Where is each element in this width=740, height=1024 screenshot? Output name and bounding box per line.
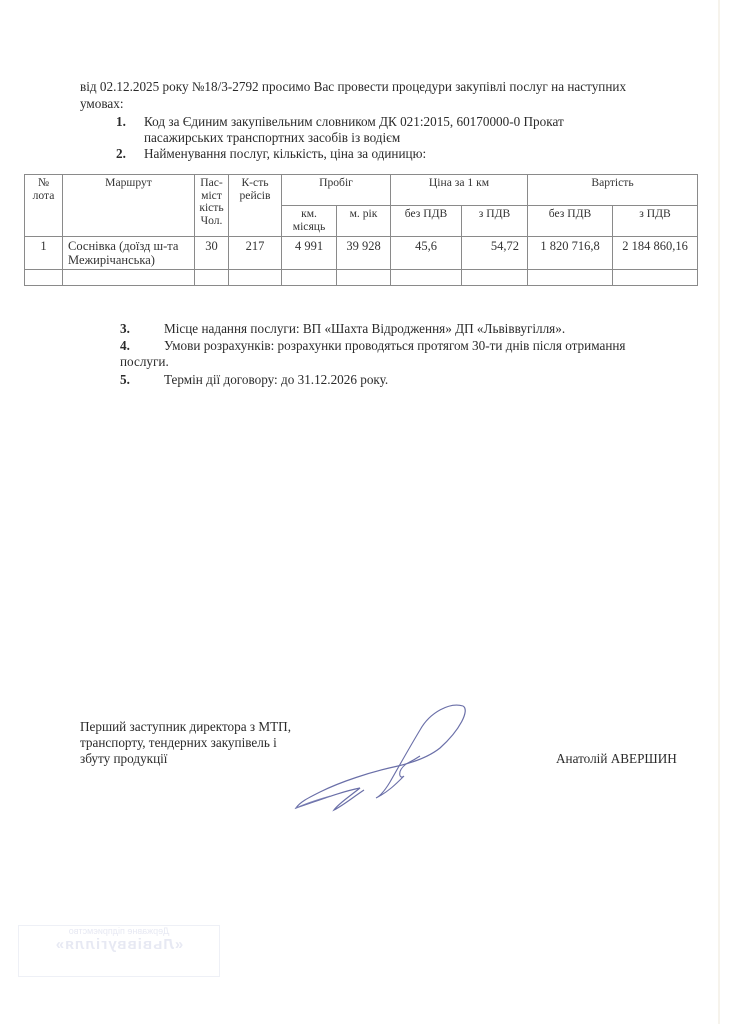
intro-line-2: умовах: — [80, 95, 124, 112]
signer-position-1: Перший заступник директора з МТП, — [80, 718, 291, 735]
stamp-line-1: Державне підприємство — [19, 926, 219, 936]
services-table: № лота Маршрут Пас-міст кість Чол. К-сть… — [24, 174, 698, 286]
item-3: 3.Місце надання послуги: ВП «Шахта Відро… — [120, 320, 565, 337]
item-4: 4.Умови розрахунків: розрахунки проводят… — [120, 337, 698, 354]
cell-price-no-vat: 45,6 — [391, 237, 462, 270]
item-4-text: Умови розрахунків: розрахунки проводятьс… — [164, 338, 626, 353]
header-km-year: м. рік — [337, 206, 391, 237]
header-cost-no-vat: без ПДВ — [528, 206, 613, 237]
item-1-cont: пасажирських транспортних засобів із вод… — [144, 129, 400, 146]
cell-lot: 1 — [25, 237, 63, 270]
cell-km-year: 39 928 — [337, 237, 391, 270]
item-1-text: Код за Єдиним закупівельним словником ДК… — [144, 114, 564, 129]
header-km-month: км. місяць — [282, 206, 337, 237]
signer-position-3: збуту продукції — [80, 750, 167, 767]
item-4-number: 4. — [120, 337, 164, 354]
item-3-number: 3. — [120, 320, 164, 337]
cell-cost-no-vat: 1 820 716,8 — [528, 237, 613, 270]
item-1: 1.Код за Єдиним закупівельним словником … — [116, 113, 564, 130]
signer-name: Анатолій АВЕРШИН — [556, 750, 677, 767]
item-5-number: 5. — [120, 371, 164, 388]
cell-price-with-vat: 54,72 — [462, 237, 528, 270]
header-price-no-vat: без ПДВ — [391, 206, 462, 237]
header-price-with-vat: з ПДВ — [462, 206, 528, 237]
cell-cost-with-vat: 2 184 860,16 — [613, 237, 698, 270]
item-2: 2.Найменування послуг, кількість, ціна з… — [116, 145, 426, 162]
item-3-text: Місце надання послуги: ВП «Шахта Відродж… — [164, 321, 565, 336]
bleed-through-stamp: Державне підприємство «Львіввугілля» — [18, 925, 220, 977]
cell-capacity: 30 — [195, 237, 229, 270]
intro-line-1: від 02.12.2025 року №18/3-2792 просимо В… — [80, 78, 626, 95]
item-2-number: 2. — [116, 145, 144, 162]
header-capacity: Пас-міст кість Чол. — [195, 175, 229, 237]
header-cost: Вартість — [528, 175, 698, 206]
header-trips: К-сть рейсів — [229, 175, 282, 237]
item-4-cont: послуги. — [120, 353, 169, 370]
signer-position-2: транспорту, тендерних закупівель і — [80, 734, 277, 751]
item-1-number: 1. — [116, 113, 144, 130]
header-price-per-km: Ціна за 1 км — [391, 175, 528, 206]
table-row-empty — [25, 270, 698, 286]
header-mileage: Пробіг — [282, 175, 391, 206]
page-edge — [718, 0, 720, 1024]
header-lot: № лота — [25, 175, 63, 237]
handwritten-signature — [280, 700, 480, 815]
item-2-text: Найменування послуг, кількість, ціна за … — [144, 146, 426, 161]
item-5-text: Термін дії договору: до 31.12.2026 року. — [164, 372, 388, 387]
cell-route: Соснівка (доїзд ш-та Межирічанська) — [63, 237, 195, 270]
stamp-line-2: «Львіввугілля» — [19, 936, 219, 953]
table-row: 1 Соснівка (доїзд ш-та Межирічанська) 30… — [25, 237, 698, 270]
cell-km-month: 4 991 — [282, 237, 337, 270]
item-5: 5.Термін дії договору: до 31.12.2026 рок… — [120, 371, 388, 388]
cell-trips: 217 — [229, 237, 282, 270]
header-cost-with-vat: з ПДВ — [613, 206, 698, 237]
header-route: Маршрут — [63, 175, 195, 237]
